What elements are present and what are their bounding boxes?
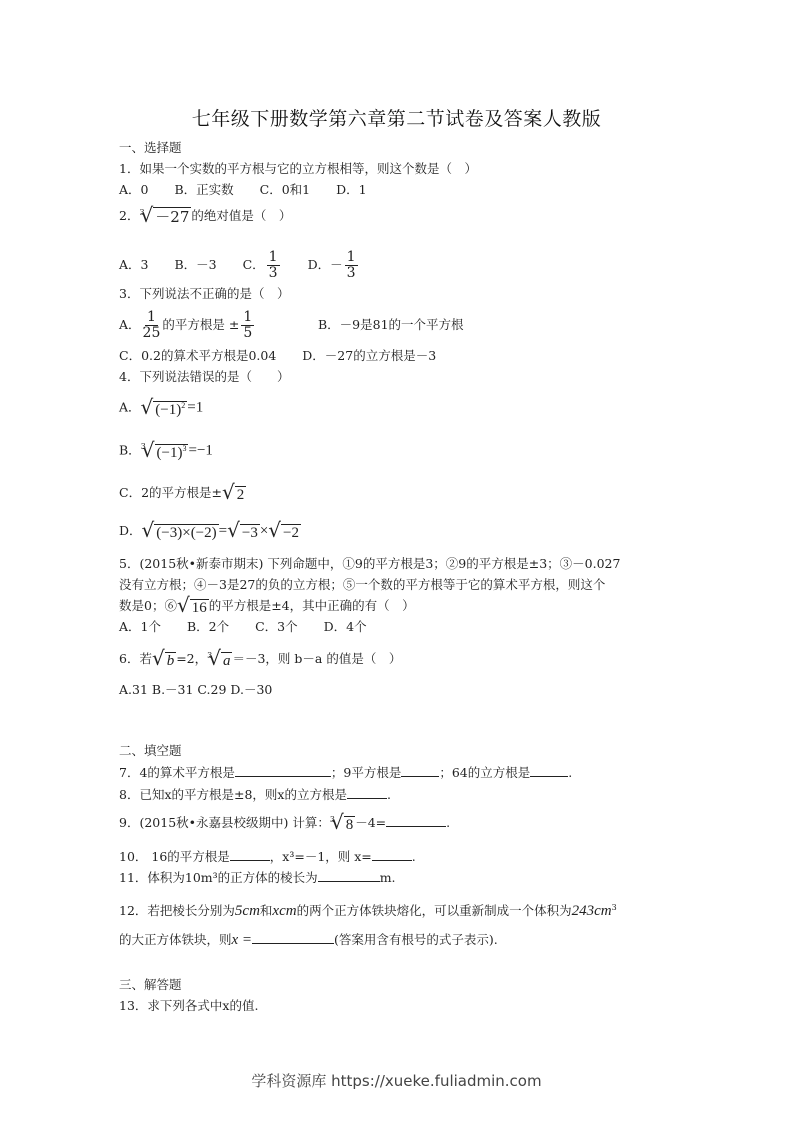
answer-blank[interactable] xyxy=(252,931,334,944)
radicand: 16 xyxy=(190,599,209,616)
answer-blank[interactable] xyxy=(235,764,331,777)
text: 8．已知x的平方根是±8，则x的立方根是 xyxy=(119,787,347,802)
question-6-options: A.31 B.－31 C.29 D.－30 xyxy=(119,682,272,698)
text: . xyxy=(568,765,572,780)
text: 11．体积为10m³的正方体的棱长为 xyxy=(119,870,318,885)
text: ；9平方根是 xyxy=(331,765,401,780)
option-a: A．1个 xyxy=(119,619,161,635)
section-heading-choice: 一、选择题 xyxy=(119,140,182,156)
question-1-stem: 1．如果一个实数的平方根与它的立方根相等，则这个数是（ ） xyxy=(119,161,477,177)
question-9: 9．(2015秋•永嘉县校级期中) 计算：3√8－4=. xyxy=(119,814,450,833)
text: 的两个正方体铁块熔化，可以重新制成一个体积为 xyxy=(297,903,572,918)
question-5-options: A．1个 B．2个 C．3个 D．4个 xyxy=(119,619,389,635)
option-c: C．0.2的算术平方根是0.04 xyxy=(119,348,276,364)
question-12-line-1: 12．若把棱长分别为5cm和xcm的两个正方体铁块熔化，可以重新制成一个体积为2… xyxy=(119,900,617,919)
square-root-expression: √−2 xyxy=(268,522,301,541)
radicand: －27 xyxy=(153,207,191,226)
equals: = xyxy=(219,523,227,539)
text: (答案用含有根号的式子表示). xyxy=(334,932,498,947)
section-heading-fill-in: 二、填空题 xyxy=(119,743,182,759)
math-value: 5cm xyxy=(235,903,260,919)
text: . xyxy=(387,787,391,802)
question-5-line-3: 数是0；⑥√16的平方根是±4，其中正确的有（ ） xyxy=(119,597,415,616)
option-label: B． xyxy=(119,443,141,458)
question-4-option-a: A．√(−1)2=1 xyxy=(119,398,203,418)
answer-blank[interactable] xyxy=(318,869,380,882)
option-c: C．13 xyxy=(243,250,282,281)
math-value: xcm xyxy=(272,903,296,919)
radicand: (−1)2 xyxy=(153,401,187,418)
square-root-expression: √16 xyxy=(177,597,209,616)
question-4-option-c: C．2的平方根是±√2 xyxy=(119,484,246,503)
option-label: A． xyxy=(119,317,141,332)
option-a: A．125的平方根是 ±15 xyxy=(119,310,314,341)
option-b: B．2个 xyxy=(187,619,229,635)
fraction: 13 xyxy=(345,250,358,281)
radicand: −3 xyxy=(240,524,260,541)
cube-root-expression: √－27 xyxy=(141,207,192,226)
cube-root-expression: √8 xyxy=(331,814,355,833)
option-text: C．2的平方根是± xyxy=(119,485,222,500)
text: 12．若把棱长分别为 xyxy=(119,903,235,918)
fraction: 13 xyxy=(267,250,280,281)
question-11: 11．体积为10m³的正方体的棱长为m. xyxy=(119,869,396,886)
text: m. xyxy=(380,870,396,885)
option-text: 的平方根是 ± xyxy=(162,317,239,332)
option-c: C．3个 xyxy=(255,619,298,635)
page-title: 七年级下册数学第六章第二节试卷及答案人教版 xyxy=(0,104,793,131)
radicand: −2 xyxy=(281,524,301,541)
question-4-option-d: D．√(−3)×(−2)=√−3×√−2 xyxy=(119,522,301,541)
denominator: 3 xyxy=(269,266,278,281)
cube-root-expression: √a xyxy=(208,650,232,669)
question-2-stem: 2．3√－27的绝对值是（ ） xyxy=(119,207,291,226)
times: × xyxy=(260,523,268,539)
answer-blank[interactable] xyxy=(386,814,446,827)
text: 的平方根是±4，其中正确的有（ ） xyxy=(209,598,415,613)
question-5-line-2: 没有立方根；④－3是27的负的立方根；⑤一个数的平方根等于它的算术平方根，则这个 xyxy=(119,577,605,593)
text: ，x³=－1，则 x= xyxy=(270,849,372,864)
option-d: D．1 xyxy=(336,182,366,198)
option-b: B．－9是81的一个平方根 xyxy=(318,317,464,332)
fraction: 15 xyxy=(241,310,254,341)
square-root-expression: √(−1)2 xyxy=(141,398,188,418)
option-d: D．4个 xyxy=(324,619,367,635)
denominator: 25 xyxy=(143,326,161,341)
square-root-expression: √b xyxy=(152,650,176,669)
answer-blank[interactable] xyxy=(347,786,387,799)
exponent: 3 xyxy=(612,903,617,912)
numerator: 1 xyxy=(267,250,280,266)
square-root-expression: √−3 xyxy=(227,522,260,541)
question-10: 10． 16的平方根是，x³=－1，则 x=. xyxy=(119,848,416,865)
cube-root-expression: √(−1)3 xyxy=(142,441,189,461)
denominator: 3 xyxy=(347,266,356,281)
text: ＝－3，则 b－a 的值是（ ） xyxy=(232,651,401,666)
question-8: 8．已知x的平方根是±8，则x的立方根是. xyxy=(119,786,391,803)
rhs: =−1 xyxy=(188,443,212,459)
option-a: A．3 xyxy=(119,257,148,273)
answer-blank[interactable] xyxy=(230,848,270,861)
radicand: (−1)3 xyxy=(155,444,189,461)
text: 和 xyxy=(260,903,273,918)
text: 6．若 xyxy=(119,651,152,666)
option-c: C．0和1 xyxy=(260,182,310,198)
rhs: =1 xyxy=(187,400,203,416)
text: 的大正方体铁块，则 xyxy=(119,932,232,947)
question-7: 7．4的算术平方根是；9平方根是；64的立方根是. xyxy=(119,764,572,781)
option-b: B．正实数 xyxy=(174,182,233,198)
text: ；64的立方根是 xyxy=(439,765,530,780)
square-root-expression: √(−3)×(−2) xyxy=(142,522,219,541)
denominator: 5 xyxy=(243,326,252,341)
question-3-options-ab: A．125的平方根是 ±15 B．－9是81的一个平方根 xyxy=(119,310,464,341)
base: (−1) xyxy=(155,402,181,418)
base: (−1) xyxy=(157,445,183,461)
numerator: 1 xyxy=(241,310,254,326)
text: －4= xyxy=(355,815,386,830)
answer-blank[interactable] xyxy=(530,764,568,777)
question-3-stem: 3．下列说法不正确的是（ ） xyxy=(119,286,289,302)
option-label: C． xyxy=(243,257,265,272)
question-1-options: A．0 B．正实数 C．0和1 D．1 xyxy=(119,182,389,198)
radicand: a xyxy=(221,652,233,669)
answer-blank[interactable] xyxy=(372,848,412,861)
radicand: b xyxy=(165,652,177,669)
footer-watermark: 学科资源库 https://xueke.fuliadmin.com xyxy=(0,1070,793,1091)
option-label: D．－ xyxy=(308,257,343,272)
question-number: 2． xyxy=(119,208,139,223)
text: =2， xyxy=(176,651,207,666)
fraction: 125 xyxy=(143,310,161,341)
question-4-stem: 4．下列说法错误的是（ ） xyxy=(119,369,289,385)
text: . xyxy=(446,815,450,830)
radicand: (−3)×(−2) xyxy=(154,524,218,541)
text: . xyxy=(412,849,416,864)
question-2-options: A．3 B．－3 C．13 D．－13 xyxy=(119,250,382,281)
numerator: 1 xyxy=(345,250,358,266)
radicand: 2 xyxy=(235,486,247,503)
text: 7．4的算术平方根是 xyxy=(119,765,235,780)
exponent: 3 xyxy=(182,444,186,453)
question-3-options-cd: C．0.2的算术平方根是0.04 D．－27的立方根是－3 xyxy=(119,348,436,364)
question-6-stem: 6．若√b=2，3√a＝－3，则 b－a 的值是（ ） xyxy=(119,650,401,669)
radicand: 8 xyxy=(344,816,356,833)
answer-blank[interactable] xyxy=(401,764,439,777)
option-b: B．－3 xyxy=(174,257,216,273)
numerator: 1 xyxy=(145,310,158,326)
option-label: A． xyxy=(119,400,141,415)
square-root-expression: √2 xyxy=(222,484,246,503)
option-d: D．－27的立方根是－3 xyxy=(302,348,436,363)
text: 数是0；⑥ xyxy=(119,598,177,613)
question-4-option-b: B．3√(−1)3=−1 xyxy=(119,441,213,461)
document-page: 七年级下册数学第六章第二节试卷及答案人教版 一、选择题 1．如果一个实数的平方根… xyxy=(0,0,793,1122)
text: 9．(2015秋•永嘉县校级期中) 计算： xyxy=(119,815,330,830)
question-13-stem: 13．求下列各式中x的值. xyxy=(119,998,258,1014)
question-5-line-1: 5．(2015秋•新泰市期末) 下列命题中，①9的平方根是3；②9的平方根是±3… xyxy=(119,556,620,572)
text: 10． 16的平方根是 xyxy=(119,849,230,864)
math-variable: x = xyxy=(232,932,253,948)
question-12-line-2: 的大正方体铁块，则x =(答案用含有根号的式子表示). xyxy=(119,931,498,948)
stem-tail: 的绝对值是（ ） xyxy=(191,208,291,223)
math-value: 243cm xyxy=(572,903,612,919)
option-label: D． xyxy=(119,523,142,538)
exponent: 2 xyxy=(181,401,185,410)
section-heading-solve: 三、解答题 xyxy=(119,977,182,993)
option-d: D．－13 xyxy=(308,250,360,281)
option-a: A．0 xyxy=(119,182,148,198)
